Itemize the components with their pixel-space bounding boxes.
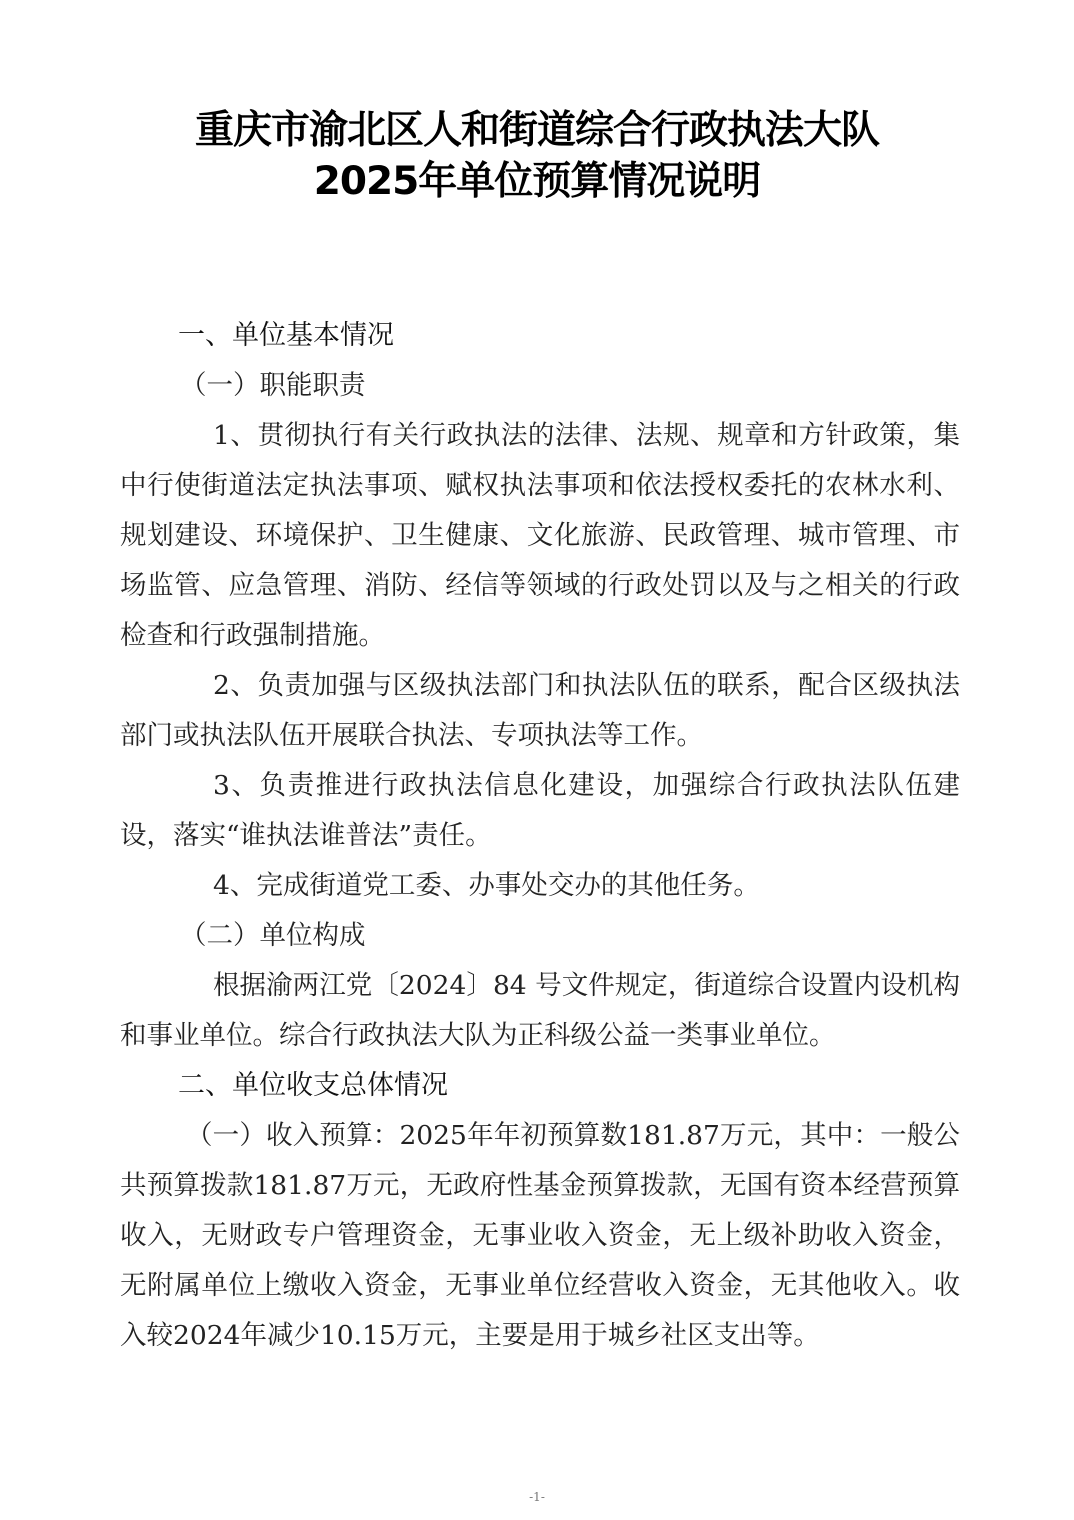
- paragraph-composition: 根据渝两江党〔2024〕84 号文件规定，街道综合设置内设机构和事业单位。综合行…: [120, 961, 960, 1061]
- page-number: -1-: [0, 1490, 1074, 1504]
- paragraph-function-3: 3、负责推进行政执法信息化建设，加强综合行政执法队伍建设，落实“谁执法谁普法”责…: [120, 761, 960, 861]
- paragraph-function-4: 4、完成街道党工委、办事处交办的其他任务。: [120, 861, 960, 911]
- document-title-line-2: 2025年单位预算情况说明: [0, 157, 1074, 207]
- document-body: 一、单位基本情况 （一）职能职责 1、贯彻执行有关行政执法的法律、法规、规章和方…: [120, 311, 960, 1361]
- document-page: 重庆市渝北区人和街道综合行政执法大队 2025年单位预算情况说明 一、单位基本情…: [0, 0, 1074, 1520]
- subsection-heading-composition: （二）单位构成: [120, 911, 960, 961]
- subsection-heading-functions: （一）职能职责: [120, 361, 960, 411]
- paragraph-income-budget: （一）收入预算：2025年年初预算数181.87万元，其中：一般公共预算拨款18…: [120, 1111, 960, 1361]
- document-title-line-1: 重庆市渝北区人和街道综合行政执法大队: [0, 106, 1074, 156]
- paragraph-function-2: 2、负责加强与区级执法部门和执法队伍的联系，配合区级执法部门或执法队伍开展联合执…: [120, 661, 960, 761]
- section-heading-basic-info: 一、单位基本情况: [120, 311, 960, 361]
- paragraph-function-1: 1、贯彻执行有关行政执法的法律、法规、规章和方针政策，集中行使街道法定执法事项、…: [120, 411, 960, 661]
- section-heading-income-expense: 二、单位收支总体情况: [120, 1061, 960, 1111]
